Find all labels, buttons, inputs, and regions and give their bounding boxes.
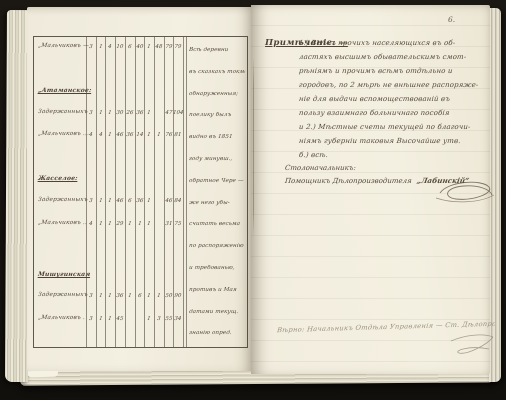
table-digit-cell: 1 [124, 221, 134, 227]
table-note-line: поелику былъ [189, 112, 246, 118]
table-digit-cell: 4 [86, 221, 96, 227]
table-column-rule [144, 37, 145, 347]
table-digit-cell: 1 [144, 198, 154, 204]
table-column-rule [125, 37, 126, 347]
table-digit-cell: 1 [154, 293, 164, 299]
table-section-label: „Атаманское: [38, 87, 92, 94]
table-digit-cell: 6 [124, 198, 134, 204]
book-scan-photo: „Мальчиковъ —314106401487979„Атаманское:… [0, 0, 506, 400]
note-body-line: пользу взаимнаго больничнаго пособія [299, 109, 486, 117]
note-body-line: и 2.) Мѣстные счеты текущей по благочи- [299, 123, 486, 131]
note-body-line: городовъ, по 2 мѣрѣ не внѣшнее распоряже… [299, 81, 486, 89]
table-digit-cell: 1 [144, 110, 154, 116]
table-row-label: Задержанныхъ [38, 109, 89, 115]
table-digit-cell: 81 [173, 132, 183, 138]
table-digit-cell: 36 [124, 132, 134, 138]
table-digit-cell: 84 [173, 198, 183, 204]
table-column-rule [96, 37, 97, 347]
table-section-label: Мишугинская [38, 271, 91, 278]
table-digit-cell: 3 [86, 198, 96, 204]
table-digit-cell: 4 [86, 132, 96, 138]
table-digit-cell: 30 [115, 110, 125, 116]
table-digit-cell: 3 [86, 110, 96, 116]
table-digit-cell: 90 [173, 293, 183, 299]
note-body-line: 1.) Всѣхъ прочихъ населяющихся въ об- [299, 39, 486, 47]
table-note-line: видно въ 1851 [189, 134, 246, 140]
table-digit-cell: 1 [144, 44, 154, 50]
table-digit-cell: 46 [115, 198, 125, 204]
right-page: 6. Примѣчаніе: — 1.) Всѣхъ прочихъ насел… [251, 5, 490, 374]
clerk-title-line: Столоначальникъ: [285, 164, 357, 172]
table-column-rule [164, 37, 165, 347]
table-note-line: противъ и Мая [189, 287, 246, 293]
table-row-label: „Мальчиковъ ... [38, 131, 90, 137]
table-digit-cell: 36 [115, 293, 125, 299]
table-column-rule [173, 37, 174, 347]
table-column-rule [86, 37, 87, 347]
table-digit-cell: 3 [154, 316, 164, 322]
table-digit-cell: 29 [115, 221, 125, 227]
note-body-line: ніямъ губерніи таковыя Высочайше утв. [299, 137, 486, 145]
note-body-line: ніе для выдачи вспомоществованій въ [299, 95, 486, 103]
table-note-line: и требованью, [189, 265, 246, 271]
ledger-table: „Мальчиковъ —314106401487979„Атаманское:… [33, 36, 248, 348]
table-note-line: Всѣ деревни [189, 47, 246, 53]
note-body-line: б.) всѣ. [299, 151, 486, 159]
page-number: 6. [448, 15, 455, 24]
gutter-crease [253, 58, 254, 236]
table-digit-cell: 1 [144, 293, 154, 299]
table-column-rule [105, 37, 106, 347]
table-column-rule [154, 37, 155, 347]
table-digit-cell: 3 [86, 316, 96, 322]
table-note-line: по распоряженію [189, 243, 246, 249]
table-section-label: Жасселое: [38, 175, 79, 182]
table-digit-cell: 26 [124, 110, 134, 116]
table-note-line: въ сказкахъ токмо [189, 69, 246, 75]
page-edge-sliver [28, 371, 58, 378]
table-note-line: году минувш., [189, 156, 246, 162]
table-row-label: „Мальчиковъ . [38, 315, 86, 321]
table-digit-cell: 79 [173, 44, 183, 50]
table-digit-cell: 1 [144, 221, 154, 227]
table-row-label: Задержанныхъ [38, 292, 89, 298]
table-digit-cell: 10 [115, 44, 125, 50]
table-column-rule [186, 37, 187, 347]
table-column-rule [183, 37, 184, 347]
table-row-label: Задержанныхъ [38, 197, 89, 203]
table-digit-cell: 1 [144, 316, 154, 322]
table-digit-cell: 34 [173, 316, 183, 322]
note-body-line: рѣніямъ и прочимъ всѣмъ отдѣльно и [299, 67, 486, 75]
table-digit-cell: 1 [124, 293, 134, 299]
table-digit-cell: 48 [154, 44, 164, 50]
table-digit-cell: 75 [173, 221, 183, 227]
table-note-line: обнаруженныя; [189, 91, 246, 97]
table-row-label: „Мальчиковъ — [38, 43, 90, 49]
left-page: „Мальчиковъ —314106401487979„Атаманское:… [27, 7, 251, 371]
table-note-line: знанію опред. [189, 330, 246, 336]
table-note-line: обратное Чере — [189, 178, 246, 184]
table-column-rule [135, 37, 136, 347]
table-row-label: „Мальчиковъ .. [38, 220, 88, 226]
clerk-assistant-line: Помощникъ Дѣлопроизводителя [285, 177, 413, 185]
signature-flourish-icon [434, 171, 496, 207]
table-digit-cell: 1 [144, 132, 154, 138]
table-digit-cell: 1 [154, 132, 164, 138]
table-digit-cell: 45 [115, 316, 125, 322]
table-digit-cell: 3 [86, 44, 96, 50]
table-digit-cell: 6 [124, 44, 134, 50]
table-note-line: датами текущ. [189, 309, 246, 315]
pencil-swash-icon [449, 331, 495, 359]
table-digit-cell: 104 [173, 110, 183, 116]
table-column-rule [115, 37, 116, 347]
table-note-line: же него убы- [189, 200, 246, 206]
table-digit-cell: 46 [115, 132, 125, 138]
note-body-line: ластяхъ высшимъ обывательскимъ смот- [299, 53, 486, 61]
table-note-line: считать весьма [189, 221, 246, 227]
table-digit-cell: 3 [86, 293, 96, 299]
